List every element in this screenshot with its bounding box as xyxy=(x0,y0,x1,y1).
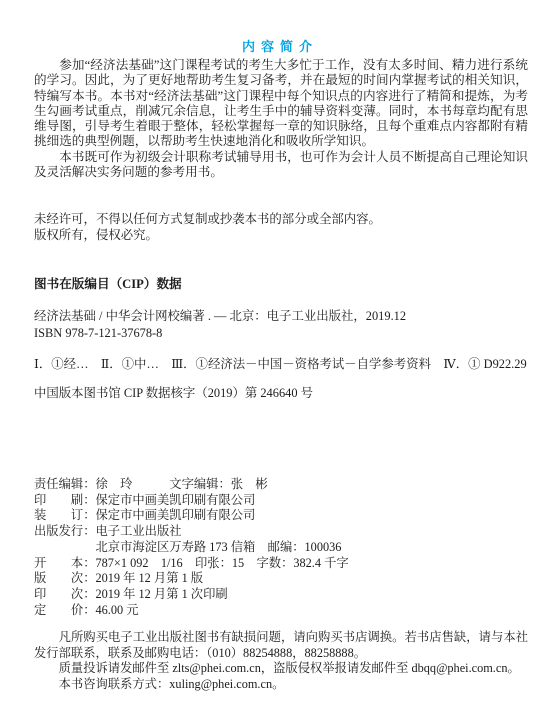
cip-data-heading: 图书在版编目（CIP）数据 xyxy=(34,273,182,292)
purchase-exchange-notice: 凡所购买电子工业出版社图书有缺损问题，请向购买书店调换。若书店售缺，请与本社发行… xyxy=(34,630,528,661)
quality-complaint-line: 质量投诉请发邮件至 zlts@phei.com.cn，盗版侵权举报请发邮件至 d… xyxy=(34,661,528,677)
colophon-address-line: 北京市海淀区万寿路 173 信箱 邮编：100036 xyxy=(34,540,528,556)
copyright-notice-line-1: 未经许可，不得以任何方式复制或抄袭本书的部分或全部内容。 xyxy=(34,212,528,228)
colophon-edition-line: 版 次：2019 年 12 月第 1 版 xyxy=(34,571,528,587)
content-summary-heading: 内容简介 xyxy=(0,36,560,55)
colophon-format-line: 开 本：787×1 092 1/16 印张：15 字数：382.4 千字 xyxy=(34,556,528,572)
consultation-contact-line: 本书咨询联系方式：xuling@phei.com.cn。 xyxy=(34,677,528,693)
copyright-notice: 未经许可，不得以任何方式复制或抄袭本书的部分或全部内容。 版权所有，侵权必究。 xyxy=(34,212,528,243)
cip-record-number: 中国版本图书馆 CIP 数据核字（2019）第 246640 号 xyxy=(34,383,313,401)
colophon-publisher-line: 出版发行：电子工业出版社 xyxy=(34,524,528,540)
intro-paragraph-1: 参加“经济法基础”这门课程考试的考生大多忙于工作，没有太多时间、精力进行系统的学… xyxy=(34,58,528,150)
content-summary-body: 参加“经济法基础”这门课程考试的考生大多忙于工作，没有太多时间、精力进行系统的学… xyxy=(34,58,528,180)
colophon-printer-line: 印 刷：保定市中画美凯印刷有限公司 xyxy=(34,493,528,509)
book-copyright-page: 内容简介 参加“经济法基础”这门课程考试的考生大多忙于工作，没有太多时间、精力进… xyxy=(0,0,560,725)
cip-book-entry: 经济法基础 / 中华会计网校编著 . — 北京：电子工业出版社，2019.12 xyxy=(34,306,406,324)
colophon-binding-line: 装 订：保定市中画美凯印刷有限公司 xyxy=(34,508,528,524)
colophon-block: 责任编辑：徐 玲 文字编辑：张 彬 印 刷：保定市中画美凯印刷有限公司 装 订：… xyxy=(34,477,528,618)
intro-paragraph-2: 本书既可作为初级会计职称考试辅导用书，也可作为会计人员不断提高自己理论知识及灵活… xyxy=(34,150,528,181)
isbn-number: ISBN 978-7-121-37678-8 xyxy=(34,326,162,341)
cip-classification: Ⅰ．①经… Ⅱ．①中… Ⅲ．①经济法－中国－资格考试－自学参考资料 Ⅳ．① D9… xyxy=(34,354,527,372)
colophon-print-run-line: 印 次：2019 年 12 月第 1 次印刷 xyxy=(34,587,528,603)
copyright-notice-line-2: 版权所有，侵权必究。 xyxy=(34,228,528,244)
service-notice-block: 凡所购买电子工业出版社图书有缺损问题，请向购买书店调换。若书店售缺，请与本社发行… xyxy=(34,630,528,692)
colophon-editor-line: 责任编辑：徐 玲 文字编辑：张 彬 xyxy=(34,477,528,493)
colophon-price-line: 定 价：46.00 元 xyxy=(34,603,528,619)
